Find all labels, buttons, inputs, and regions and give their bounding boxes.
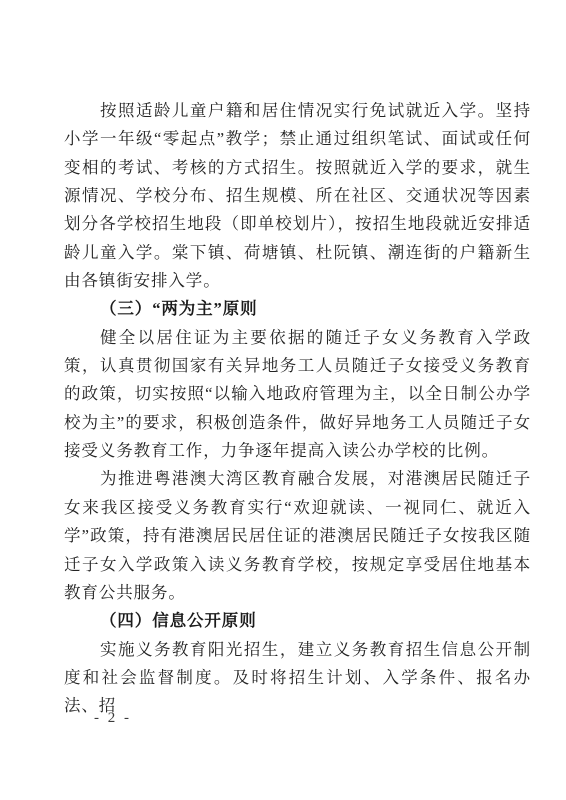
document-body: 按照适龄儿童户籍和居住情况实行免试就近入学。坚持小学一年级“零起点”教学；禁止通… bbox=[64, 97, 531, 721]
paragraph-sunshine-enrollment: 实施义务教育阳光招生，建立义务教育招生信息公开制度和社会监督制度。及时将招生计划… bbox=[64, 636, 531, 721]
paragraph-enrollment-by-residence: 按照适龄儿童户籍和居住情况实行免试就近入学。坚持小学一年级“零起点”教学；禁止通… bbox=[64, 97, 531, 295]
document-page: 按照适龄儿童户籍和居住情况实行免试就近入学。坚持小学一年级“零起点”教学；禁止通… bbox=[0, 0, 566, 800]
paragraph-migrant-children-policy: 健全以居住证为主要依据的随迁子女义务教育入学政策，认真贯彻国家有关异地务工人员随… bbox=[64, 324, 531, 466]
section-heading-information-disclosure: （四）信息公开原则 bbox=[64, 607, 531, 635]
paragraph-greater-bay-area-policy: 为推进粤港澳大湾区教育融合发展，对港澳居民随迁子女来我区接受义务教育实行“欢迎就… bbox=[64, 465, 531, 607]
page-number: - 2 - bbox=[94, 710, 132, 727]
section-heading-two-主-principle: （三）“两为主”原则 bbox=[64, 295, 531, 323]
